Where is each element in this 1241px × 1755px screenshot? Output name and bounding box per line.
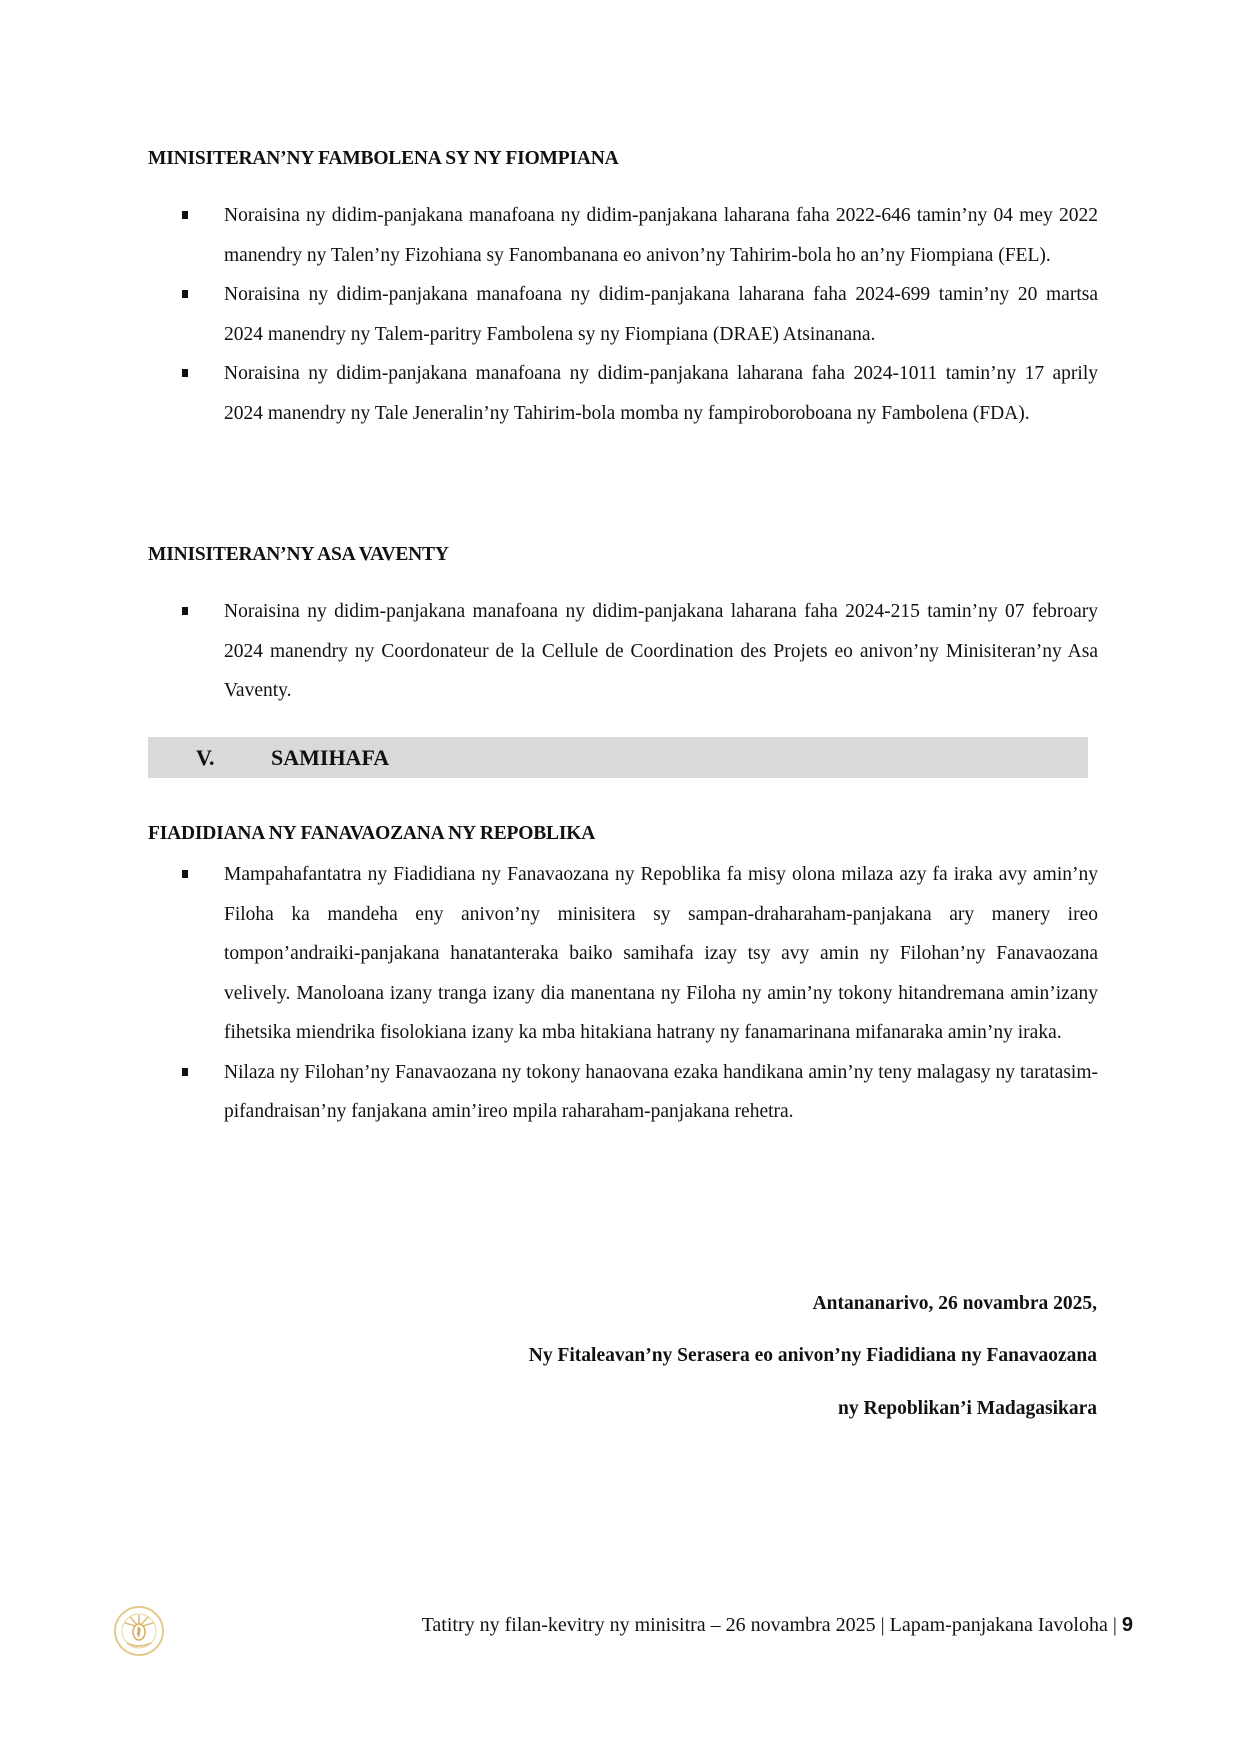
list-item: Noraisina ny didim-panjakana manafoana n… — [148, 275, 1098, 354]
agriculture-decision-list: Noraisina ny didim-panjakana manafoana n… — [148, 196, 1098, 433]
section-heading-presidency: FIADIDIANA NY FANAVAOZANA NY REPOBLIKA — [148, 823, 595, 845]
document-page: MINISITERAN’NY FAMBOLENA SY NY FIOMPIANA… — [0, 0, 1241, 1755]
section-bar-samihafa: V. SAMIHAFA — [148, 737, 1088, 778]
page-footer: Tatitry ny filan-kevitry ny minisitra – … — [422, 1614, 1133, 1637]
section-heading-agriculture: MINISITERAN’NY FAMBOLENA SY NY FIOMPIANA — [148, 148, 618, 170]
square-bullet-icon — [182, 290, 188, 298]
presidency-notice-list: Mampahafantatra ny Fiadidiana ny Fanavao… — [148, 855, 1098, 1132]
footer-text: Tatitry ny filan-kevitry ny minisitra – … — [422, 1614, 1122, 1636]
public-works-decision-list: Noraisina ny didim-panjakana manafoana n… — [148, 592, 1098, 711]
signature-line-1: Ny Fitaleavan’ny Serasera eo anivon’ny F… — [529, 1345, 1097, 1367]
square-bullet-icon — [182, 607, 188, 615]
signature-line-2: ny Repoblikan’i Madagasikara — [838, 1398, 1097, 1420]
signature-place-date: Antananarivo, 26 novambra 2025, — [813, 1293, 1097, 1315]
section-heading-public-works: MINISITERAN’NY ASA VAVENTY — [148, 544, 449, 566]
square-bullet-icon — [182, 369, 188, 377]
list-item: Noraisina ny didim-panjakana manafoana n… — [148, 196, 1098, 275]
list-item: Noraisina ny didim-panjakana manafoana n… — [148, 354, 1098, 433]
square-bullet-icon — [182, 211, 188, 219]
page-number: 9 — [1122, 1614, 1133, 1636]
square-bullet-icon — [182, 870, 188, 878]
republic-seal-icon — [113, 1605, 165, 1657]
list-item: Nilaza ny Filohan’ny Fanavaozana ny toko… — [148, 1053, 1098, 1132]
list-item: Noraisina ny didim-panjakana manafoana n… — [148, 592, 1098, 711]
section-number: V. — [196, 745, 215, 771]
list-item: Mampahafantatra ny Fiadidiana ny Fanavao… — [148, 855, 1098, 1053]
section-title: SAMIHAFA — [271, 745, 389, 771]
square-bullet-icon — [182, 1068, 188, 1076]
